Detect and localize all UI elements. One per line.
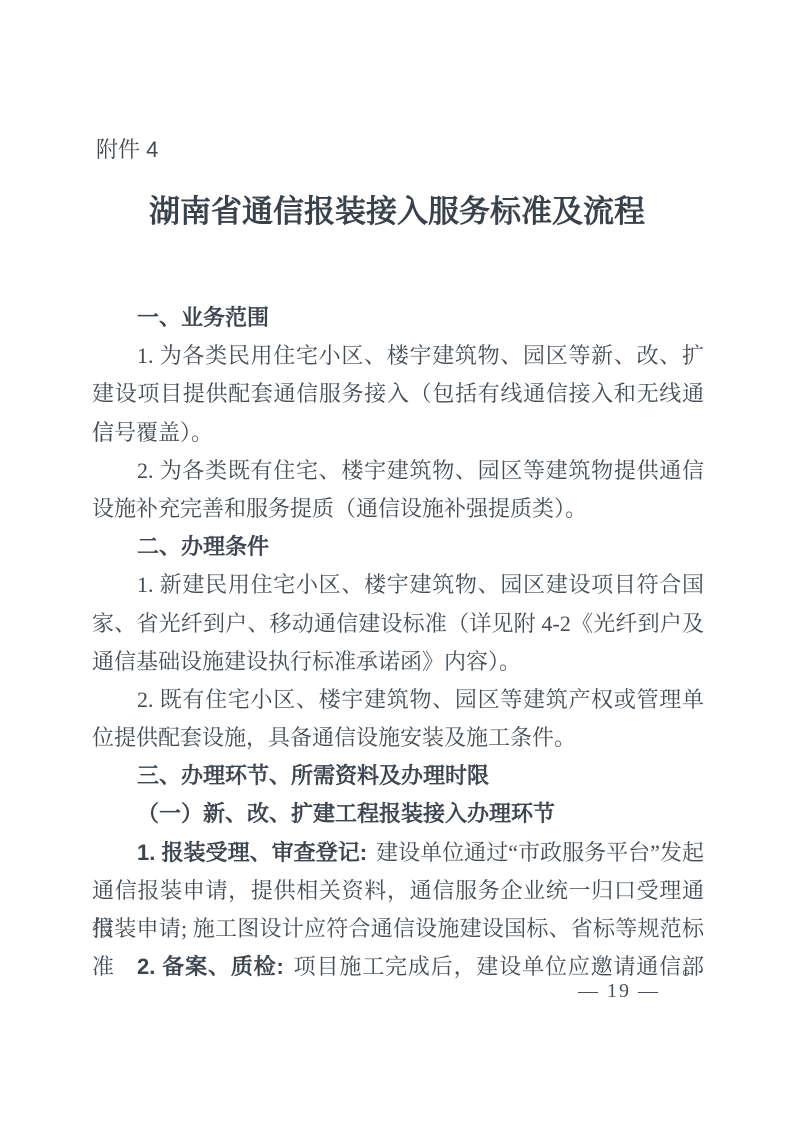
paragraph-text: 项目施工完成后，建设单位应邀请通信部 [293, 954, 704, 979]
paragraph-line: 信号覆盖）。 [92, 414, 704, 452]
paragraph-line: 1. 报装受理、审查登记:建设单位通过“市政服务平台”发起 [92, 834, 704, 872]
document-body: 一、业务范围 1. 为各类民用住宅小区、楼宇建筑物、园区等新、改、扩 建设项目提… [92, 299, 704, 986]
paragraph-text: 建设单位通过“市政服务平台”发起 [376, 840, 704, 865]
paragraph-line: 建设项目提供配套通信服务接入（包括有线通信接入和无线通信 [92, 375, 704, 413]
paragraph-line: 2. 为各类既有住宅、楼宇建筑物、园区等建筑物提供通信 [92, 452, 704, 490]
paragraph-line: 通信报装申请，提供相关资料，通信服务企业统一归口受理通信 [92, 872, 704, 910]
paragraph-line: 报装申请; 施工图设计应符合通信设施建设国标、省标等规范标准。 [92, 910, 704, 948]
paragraph-lead-acceptance-review: 1. 报装受理、审查登记: [137, 840, 367, 865]
attachment-label: 附件 4 [96, 136, 158, 164]
paragraph-line: 位提供配套设施，具备通信设施安装及施工条件。 [92, 719, 704, 757]
paragraph-line: 2. 既有住宅小区、楼宇建筑物、园区等建筑产权或管理单 [92, 681, 704, 719]
paragraph-line: 设施补充完善和服务提质（通信设施补强提质类）。 [92, 490, 704, 528]
paragraph-line: 通信基础设施建设执行标准承诺函》内容）。 [92, 643, 704, 681]
section-heading-business-scope: 一、业务范围 [92, 299, 704, 337]
paragraph-line: 家、省光纤到户、移动通信建设标准（详见附 4-2《光纤到户及 [92, 605, 704, 643]
subsection-heading-new-rebuild-expand: （一）新、改、扩建工程报装接入办理环节 [92, 795, 704, 833]
document-page: 附件 4 湖南省通信报装接入服务标准及流程 一、业务范围 1. 为各类民用住宅小… [0, 0, 794, 1123]
paragraph-line: 1. 为各类民用住宅小区、楼宇建筑物、园区等新、改、扩 [92, 337, 704, 375]
paragraph-lead-record-quality-check: 2. 备案、质检: [137, 954, 284, 979]
page-number: — 19 — [578, 978, 660, 1004]
section-heading-process-materials-time: 三、办理环节、所需资料及办理时限 [92, 757, 704, 795]
document-title: 湖南省通信报装接入服务标准及流程 [0, 190, 794, 234]
section-heading-conditions: 二、办理条件 [92, 528, 704, 566]
paragraph-line: 1. 新建民用住宅小区、楼宇建筑物、园区建设项目符合国 [92, 566, 704, 604]
